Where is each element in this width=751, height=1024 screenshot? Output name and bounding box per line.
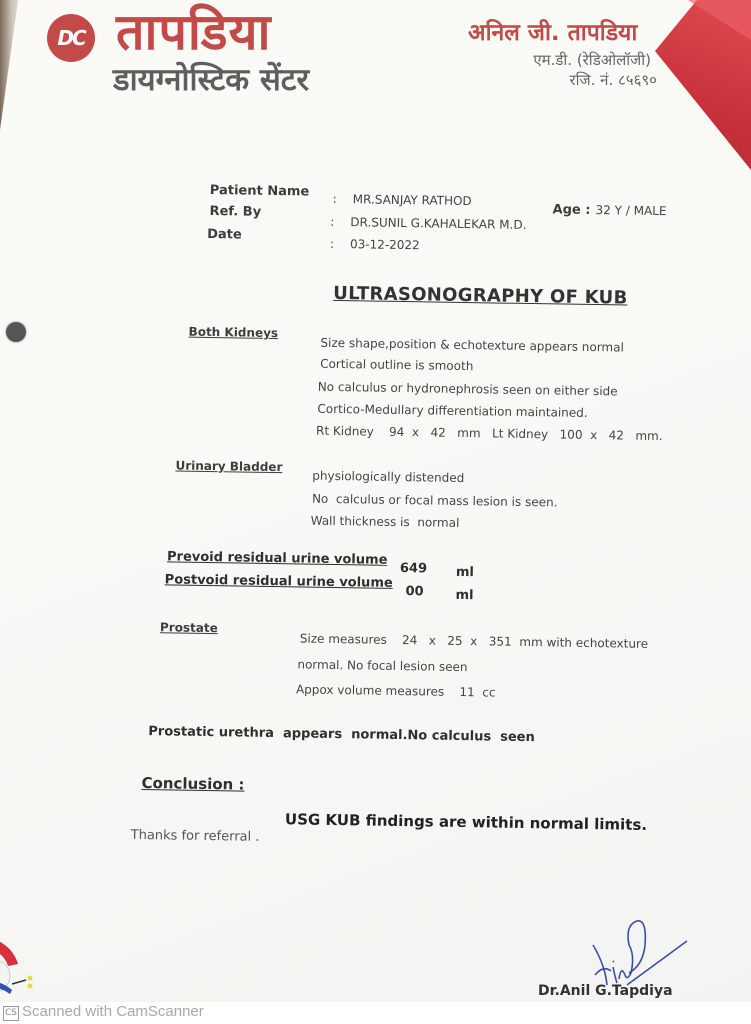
prevoid-volume-unit: ml bbox=[456, 565, 474, 580]
kidneys-line: No calculus or hydronephrosis seen on ei… bbox=[318, 380, 618, 399]
postvoid-volume-label: Postvoid residual urine volume bbox=[165, 572, 393, 591]
kidneys-line: Cortical outline is smooth bbox=[320, 357, 473, 373]
patient-name-label: Patient Name bbox=[210, 183, 310, 200]
mascot-illustration-icon bbox=[0, 918, 42, 1002]
date-sep: : bbox=[330, 237, 334, 251]
ref-by-label: Ref. By bbox=[209, 204, 261, 220]
bladder-line: No calculus or focal mass lesion is seen… bbox=[312, 492, 558, 510]
ref-by-sep: : bbox=[330, 215, 334, 229]
postvoid-volume-value: 00 bbox=[405, 584, 423, 599]
bladder-line: Wall thickness is normal bbox=[311, 514, 460, 530]
date-value: 03-12-2022 bbox=[350, 237, 420, 252]
patient-age: Age : 32 Y / MALE bbox=[552, 198, 666, 219]
postvoid-volume-unit: ml bbox=[455, 588, 473, 603]
age-value: 32 Y / MALE bbox=[595, 203, 666, 218]
urethra-note: Prostatic urethra appears normal.No calc… bbox=[148, 724, 535, 745]
camscanner-icon: CS bbox=[3, 1006, 19, 1021]
scan-watermark-bar: CS Scanned with CamScanner bbox=[0, 1002, 751, 1024]
kidneys-line: Cortico-Medullary differentiation mainta… bbox=[317, 402, 587, 420]
camscanner-watermark: Scanned with CamScanner bbox=[22, 1003, 204, 1020]
kidneys-measurements: Rt Kidney 94 x 42 mm Lt Kidney 100 x 42 … bbox=[316, 424, 663, 443]
section-heading-kidneys: Both Kidneys bbox=[189, 325, 279, 340]
report-content: Patient Name : MR.SANJAY RATHOD Age : 32… bbox=[0, 0, 751, 1002]
conclusion-heading: Conclusion : bbox=[141, 774, 244, 794]
report-title: ULTRASONOGRAPHY OF KUB bbox=[333, 283, 628, 309]
prostate-line: normal. No focal lesion seen bbox=[297, 657, 467, 674]
conclusion-text: USG KUB findings are within normal limit… bbox=[285, 810, 647, 834]
prostate-line: Size measures 24 x 25 x 351 mm with echo… bbox=[300, 631, 648, 650]
patient-name-sep: : bbox=[333, 192, 337, 206]
age-label: Age : bbox=[552, 202, 590, 218]
prostate-volume: Appox volume measures 11 cc bbox=[296, 682, 496, 699]
patient-name-value: MR.SANJAY RATHOD bbox=[353, 192, 472, 208]
ref-by-value: DR.SUNIL G.KAHALEKAR M.D. bbox=[350, 215, 526, 232]
kidneys-line: Size shape,position & echotexture appear… bbox=[320, 336, 624, 355]
section-heading-bladder: Urinary Bladder bbox=[175, 458, 282, 474]
prevoid-volume-value: 649 bbox=[400, 561, 427, 576]
thanks-note: Thanks for referral . bbox=[131, 828, 260, 845]
section-heading-prostate: Prostate bbox=[160, 620, 218, 635]
prevoid-volume-label: Prevoid residual urine volume bbox=[167, 549, 388, 567]
bladder-line: physiologically distended bbox=[312, 469, 464, 485]
date-label: Date bbox=[207, 227, 242, 243]
signatory-name: Dr.Anil G.Tapdiya bbox=[538, 983, 673, 999]
report-page: DC तापडिया डायग्नोस्टिक सेंटर अनिल जी. त… bbox=[0, 0, 751, 1002]
